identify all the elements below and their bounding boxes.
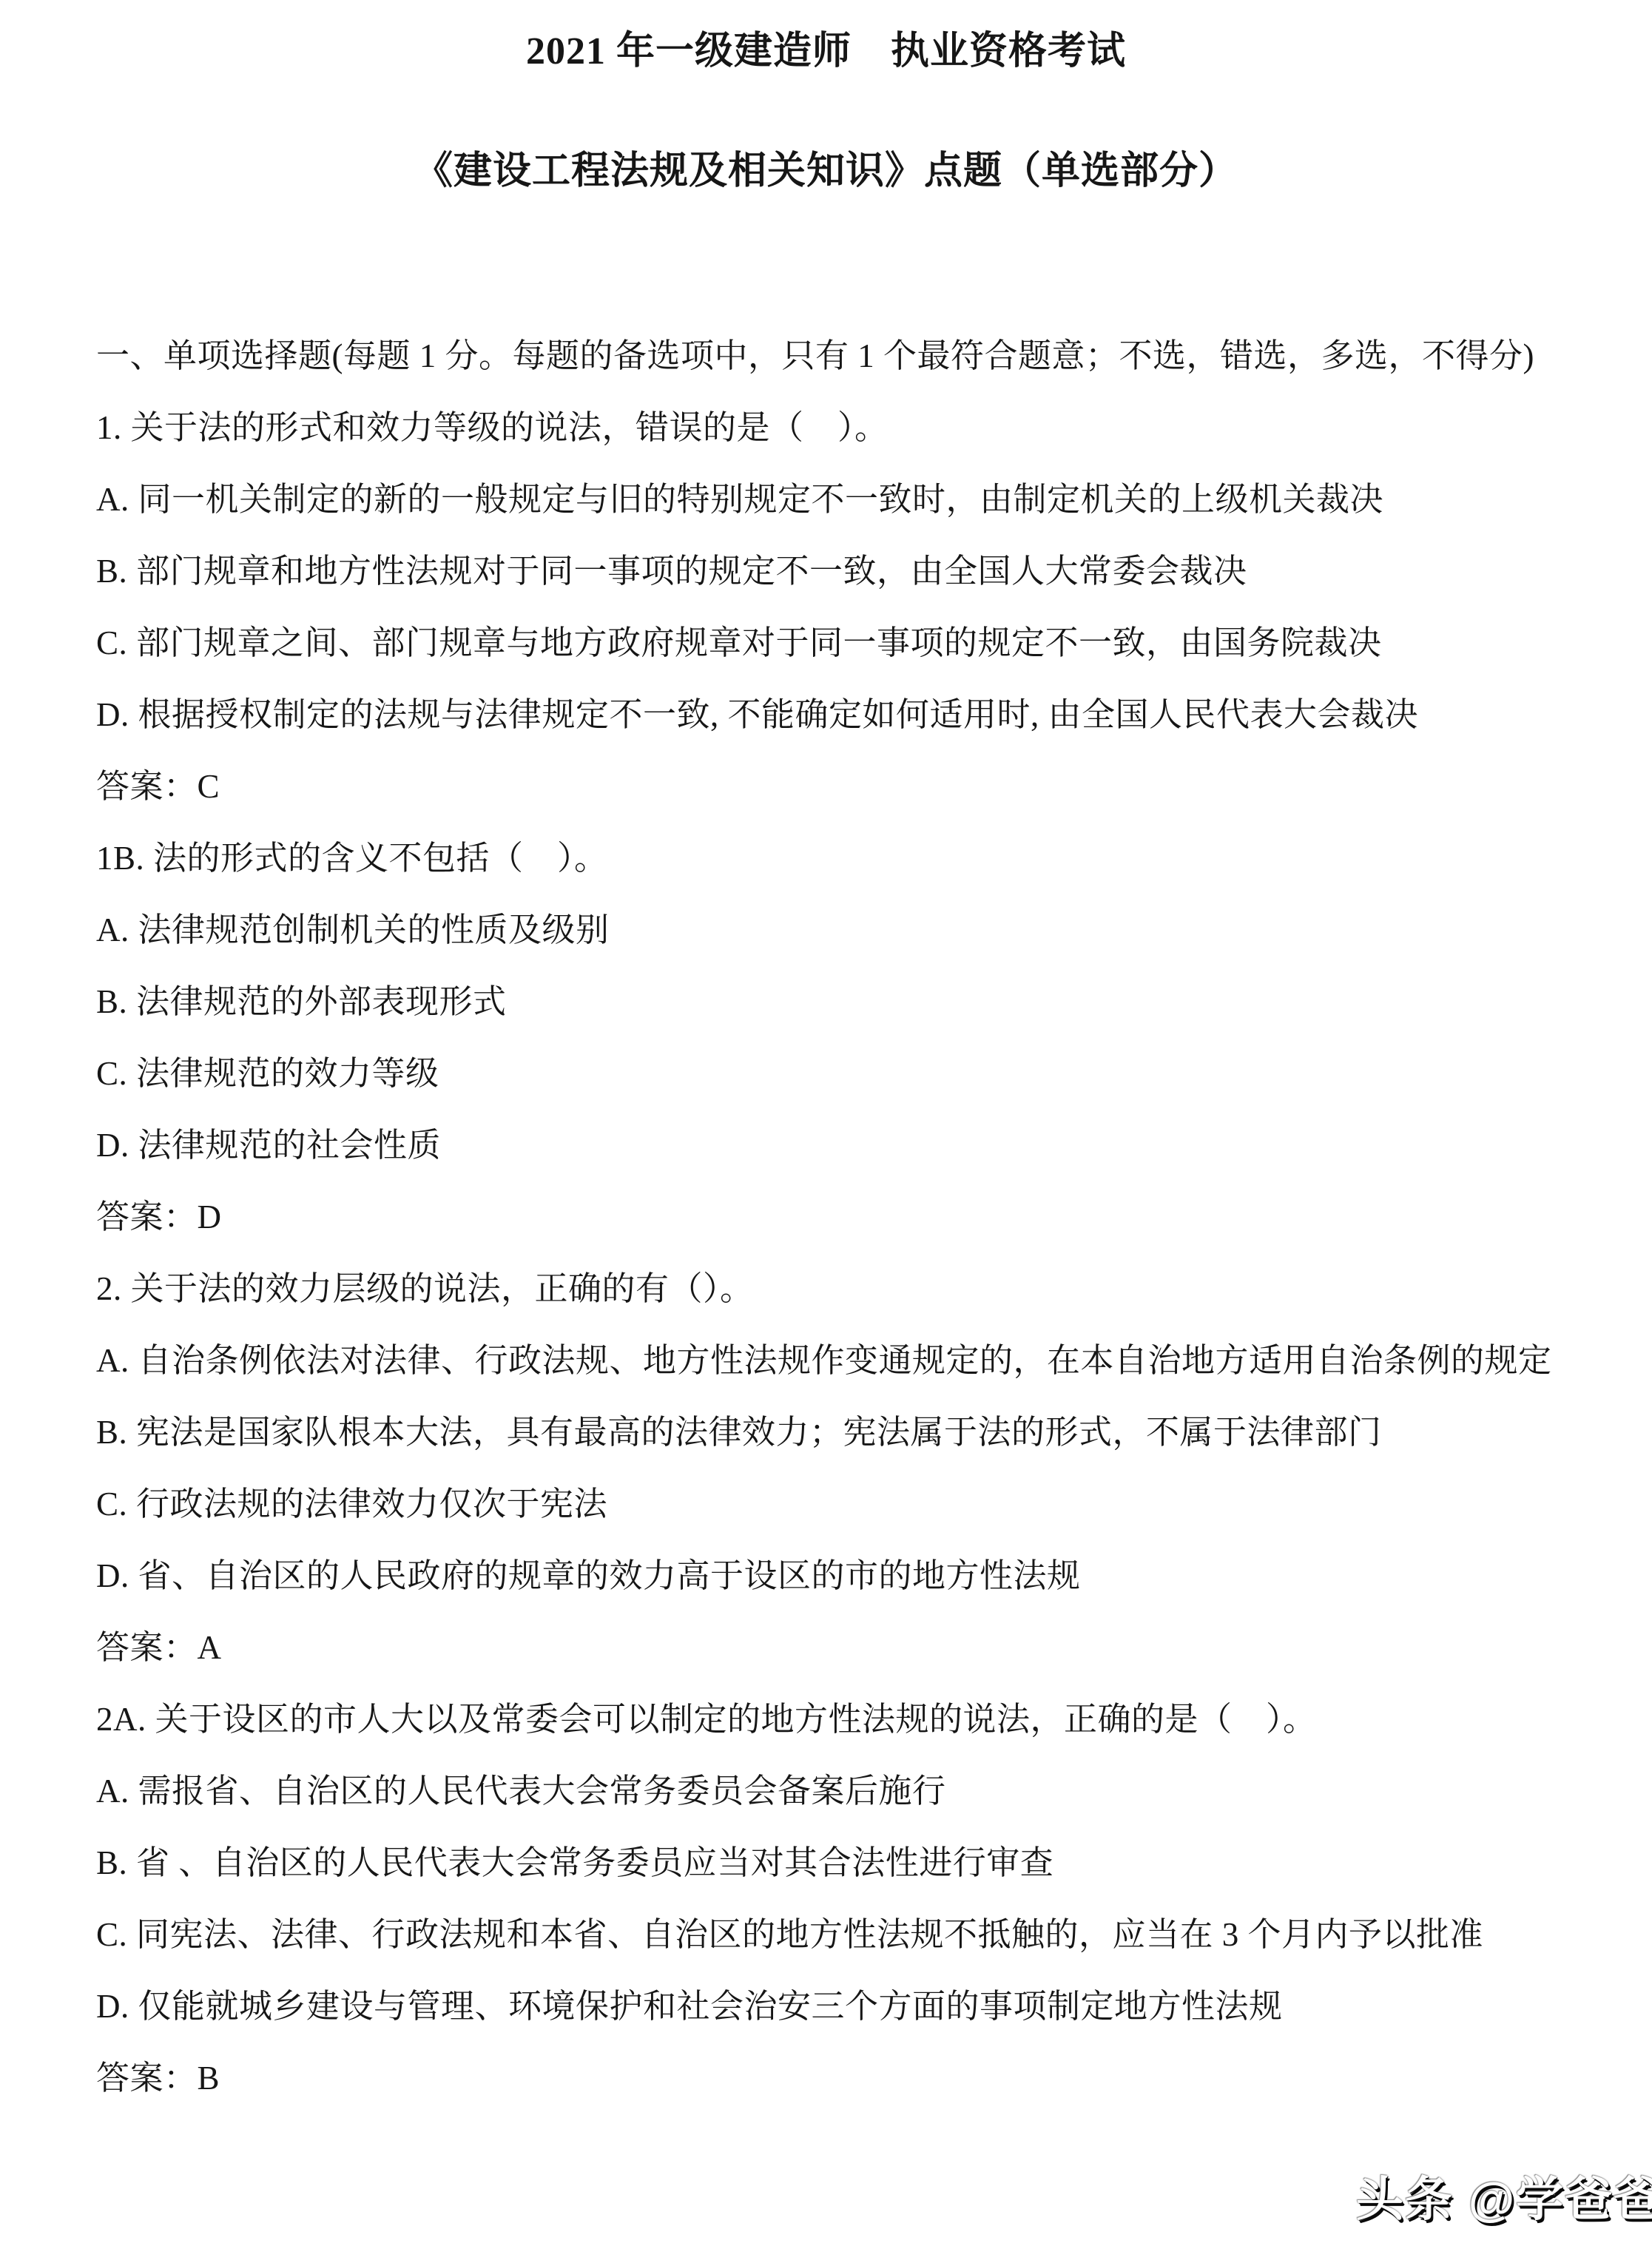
question-2a-option-c: C. 同宪法、法律、行政法规和本省、自治区的地方性法规不抵触的，应当在 3 个月… — [96, 1899, 1608, 1971]
toutiao-watermark: 头条 @学爸爸 — [1356, 2162, 1652, 2230]
document-title-line1: 2021 年一级建造师 执业资格考试 — [0, 19, 1652, 75]
question-1-answer: 答案：C — [96, 751, 1608, 823]
question-1b-answer: 答案：D — [96, 1181, 1608, 1253]
question-1b-option-b: B. 法律规范的外部表现形式 — [96, 966, 1608, 1038]
question-2a-answer: 答案：B — [96, 2043, 1608, 2114]
question-1b-option-a: A. 法律规范创制机关的性质及级别 — [96, 894, 1608, 966]
document-body: 一、单项选择题(每题 1 分。每题的备选项中，只有 1 个最符合题意；不选，错选… — [96, 320, 1608, 2114]
question-1-option-b: B. 部门规章和地方性法规对于同一事项的规定不一致，由全国人大常委会裁决 — [96, 536, 1608, 607]
question-2a-option-b: B. 省 、自治区的人民代表大会常务委员应当对其合法性进行审查 — [96, 1827, 1608, 1899]
question-2a-option-a: A. 需报省、自治区的人民代表大会常务委员会备案后施行 — [96, 1756, 1608, 1827]
question-2-stem: 2. 关于法的效力层级的说法，正确的有（）。 — [96, 1253, 1608, 1325]
question-1-stem: 1. 关于法的形式和效力等级的说法，错误的是（ ）。 — [96, 392, 1608, 464]
question-2a-stem: 2A. 关于设区的市人大以及常委会可以制定的地方性法规的说法，正确的是（ ）。 — [96, 1684, 1608, 1756]
question-2-option-c: C. 行政法规的法律效力仅次于宪法 — [96, 1468, 1608, 1540]
question-2-answer: 答案：A — [96, 1612, 1608, 1684]
document-title-line2: 《建设工程法规及相关知识》点题（单选部分） — [0, 139, 1652, 195]
exam-document-page: 2021 年一级建造师 执业资格考试 《建设工程法规及相关知识》点题（单选部分）… — [0, 0, 1652, 2246]
question-1-option-c: C. 部门规章之间、部门规章与地方政府规章对于同一事项的规定不一致，由国务院裁决 — [96, 607, 1608, 679]
question-1-option-a: A. 同一机关制定的新的一般规定与旧的特别规定不一致时，由制定机关的上级机关裁决 — [96, 464, 1608, 536]
question-1-option-d: D. 根据授权制定的法规与法律规定不一致, 不能确定如何适用时, 由全国人民代表… — [96, 679, 1608, 751]
question-2-option-b: B. 宪法是国家队根本大法，具有最高的法律效力；宪法属于法的形式，不属于法律部门 — [96, 1397, 1608, 1468]
question-2a-option-d: D. 仅能就城乡建设与管理、环境保护和社会治安三个方面的事项制定地方性法规 — [96, 1971, 1608, 2043]
question-1b-option-d: D. 法律规范的社会性质 — [96, 1110, 1608, 1181]
section-header: 一、单项选择题(每题 1 分。每题的备选项中，只有 1 个最符合题意；不选，错选… — [96, 320, 1608, 392]
question-2-option-a: A. 自治条例依法对法律、行政法规、地方性法规作变通规定的，在本自治地方适用自治… — [96, 1325, 1608, 1397]
question-2-option-d: D. 省、自治区的人民政府的规章的效力高于设区的市的地方性法规 — [96, 1540, 1608, 1612]
question-1b-option-c: C. 法律规范的效力等级 — [96, 1038, 1608, 1110]
question-1b-stem: 1B. 法的形式的含义不包括（ ）。 — [96, 823, 1608, 894]
